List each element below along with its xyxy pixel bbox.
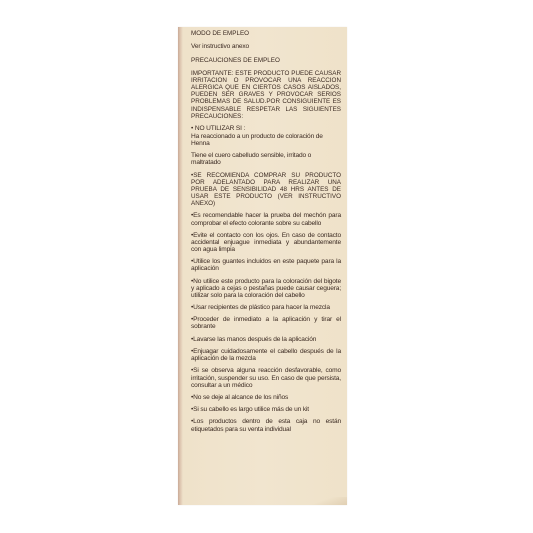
precauciones-title: PRECAUCIONES DE EMPLEO	[191, 57, 341, 64]
precaution-item-plastic-containers: •Usar recipientes de plástico para hacer…	[191, 304, 341, 311]
precaution-item-rinse-hair: •Enjuagar cuidadosamente el cabello desp…	[191, 348, 341, 362]
precaution-item-eye-contact: •Evite el contacto con los ojos. En caso…	[191, 232, 341, 253]
precaution-item-gloves: •Utilice los guantes incluidos en este p…	[191, 258, 341, 272]
precaution-item-sensitivity-test: •SE RECOMIENDA COMPRAR SU PRODUCTO POR A…	[191, 172, 341, 207]
precaution-item-no-mustache-brows: •No utilice este producto para la colora…	[191, 278, 341, 299]
no-utilizar-title: • NO UTILIZAR SI :	[191, 125, 341, 132]
precaution-item-not-for-individual-sale: •Los productos dentro de esta caja no es…	[191, 418, 341, 432]
precaution-item-apply-immediately: •Proceder de inmediato a la aplicación y…	[191, 316, 341, 330]
modo-de-empleo-title: MODO DE EMPLEO	[191, 30, 341, 37]
modo-de-empleo-text: Ver instructivo anexo	[191, 43, 341, 50]
importante-warning: IMPORTANTE: ESTE PRODUCTO PUEDE CAUSAR I…	[191, 70, 341, 120]
precaution-item-wash-hands: •Lavarse las manos después de la aplicac…	[191, 336, 341, 343]
instructions-text-block: MODO DE EMPLEO Ver instructivo anexo PRE…	[191, 30, 341, 438]
precaution-item-strand-test: •Es recomendable hacer la prueba del mec…	[191, 212, 341, 226]
no-utilizar-scalp: Tiene el cuero cabelludo sensible, irrit…	[191, 152, 341, 166]
precaution-item-children: •No se deje al alcance de los niños	[191, 394, 341, 401]
precaution-item-adverse-reaction: •Si se observa alguna reacción desfavora…	[191, 367, 341, 388]
product-box-back-panel: MODO DE EMPLEO Ver instructivo anexo PRE…	[178, 27, 347, 505]
no-utilizar-henna: Ha reaccionado a un producto de coloraci…	[191, 133, 341, 147]
precaution-item-long-hair: •Si su cabello es largo utilice más de u…	[191, 406, 341, 413]
